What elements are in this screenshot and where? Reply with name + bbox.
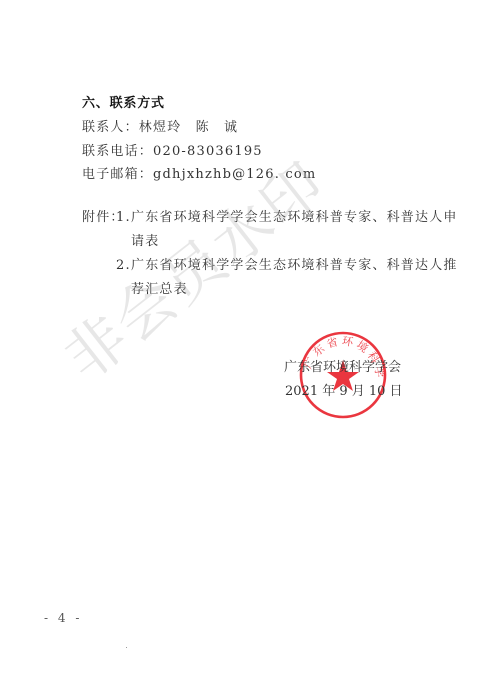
signature-organization: 广东省环境科学学会 bbox=[284, 360, 401, 376]
attachment-2-line2: 荐汇总表 bbox=[131, 282, 188, 298]
page-number: - 4 - bbox=[44, 611, 82, 625]
contact-person: 联系人：林煜玲 陈 诚 bbox=[82, 120, 238, 136]
attachment-1-line2: 请表 bbox=[131, 234, 159, 250]
attachment-1-number: 1. bbox=[116, 210, 131, 226]
speck bbox=[126, 647, 127, 648]
attachment-2-number: 2. bbox=[116, 258, 131, 274]
signature-date: 2021 年 9 月 10 日 bbox=[285, 384, 403, 400]
contact-phone: 联系电话：020-83036195 bbox=[82, 144, 263, 160]
contact-email: 电子邮箱：gdhjxhzhb@126. com bbox=[82, 167, 316, 183]
attachment-1-line1: 广东省环境科学学会生态环境科普专家、科普达人申 bbox=[131, 210, 458, 226]
document-page: 六、联系方式 联系人：林煜玲 陈 诚 联系电话：020-83036195 电子邮… bbox=[0, 0, 480, 679]
contact-heading: 六、联系方式 bbox=[82, 96, 165, 112]
attachment-2-line1: 广东省环境科学学会生态环境科普专家、科普达人推 bbox=[131, 258, 458, 274]
